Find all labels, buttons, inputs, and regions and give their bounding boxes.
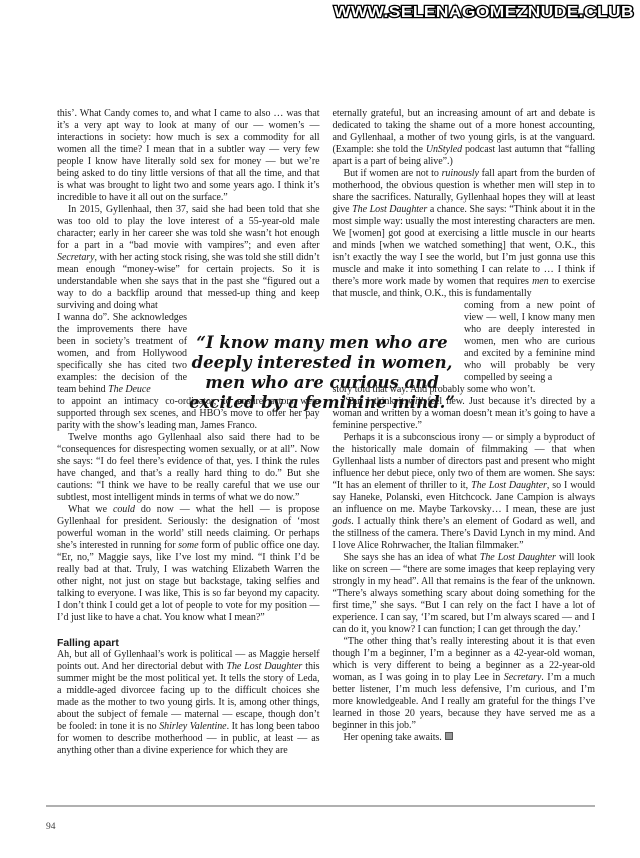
paragraph: In 2015, Gyllenhaal, then 37, said she h… <box>57 204 320 312</box>
paragraph: eternally grateful, but an increasing am… <box>333 108 596 168</box>
article-right-column: eternally grateful, but an increasing am… <box>333 108 596 757</box>
paragraph: What we could do now — what the hell — i… <box>57 504 320 624</box>
paragraph: this’. What Candy comes to, and what I c… <box>57 108 320 204</box>
paragraph: Perhaps it is a subconscious irony — or … <box>333 432 596 552</box>
paragraph: coming from a new point of view — well, … <box>464 300 595 384</box>
watermark-text: WWW.SELENAGOMEZNUDE.CLUB <box>334 4 634 21</box>
paragraph: “The other thing that’s really interesti… <box>333 636 596 732</box>
pull-quote: “I know many men who are deeply interest… <box>174 333 470 413</box>
article-body: this’. What Candy comes to, and what I c… <box>57 108 595 757</box>
end-mark-icon <box>445 732 453 740</box>
watermark-banner: WWW.SELENAGOMEZNUDE.CLUB <box>326 1 638 23</box>
paragraph: But if women are not to ruinously fall a… <box>333 168 596 300</box>
article-left-column: this’. What Candy comes to, and what I c… <box>57 108 320 757</box>
paragraph: Ah, but all of Gyllenhaal’s work is poli… <box>57 649 320 757</box>
magazine-page: WWW.SELENAGOMEZNUDE.CLUB this’. What Can… <box>0 0 640 858</box>
section-heading: Falling apart <box>57 637 320 649</box>
paragraph: Her opening take awaits. <box>333 732 596 744</box>
page-number: 94 <box>46 822 56 832</box>
paragraph: She says she has an idea of what The Los… <box>333 552 596 636</box>
footer-rule <box>46 805 595 807</box>
paragraph: I wanna do”. She acknowledges the improv… <box>57 312 187 396</box>
paragraph: Twelve months ago Gyllenhaal also said t… <box>57 432 320 504</box>
